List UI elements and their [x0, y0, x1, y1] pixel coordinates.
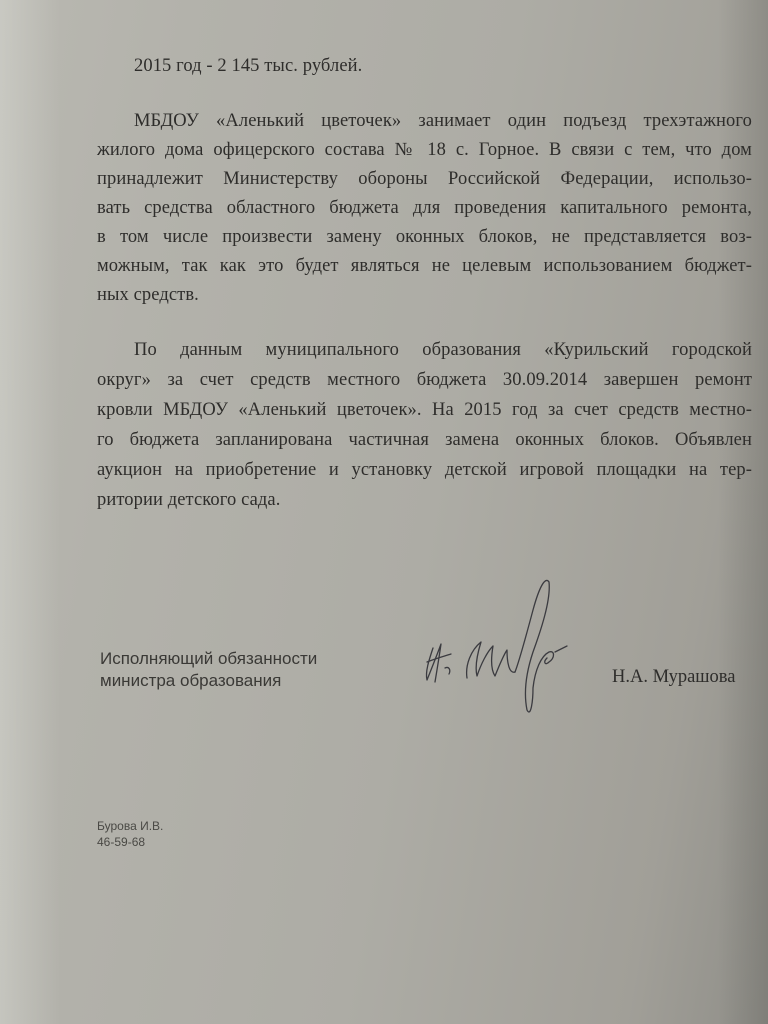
- paragraph-line: жилого дома офицерского состава № 18 с. …: [97, 139, 752, 161]
- handwritten-signature-icon: [415, 570, 575, 725]
- executor-name: Бурова И.В.: [97, 818, 163, 834]
- paragraph-line: принадлежит Министерству обороны Российс…: [97, 168, 752, 190]
- signer-title: Исполняющий обязанности министра образов…: [100, 648, 317, 692]
- paragraph-line: кровли МБДОУ «Аленький цветочек». На 201…: [97, 399, 752, 421]
- paragraph-line: вать средства областного бюджета для про…: [97, 197, 752, 219]
- paragraph-line: ритории детского сада.: [97, 489, 280, 511]
- paragraph-line: МБДОУ «Аленький цветочек» занимает один …: [134, 110, 752, 132]
- paragraph-line: в том числе произвести замену оконных бл…: [97, 226, 752, 248]
- paragraph-line: можным, так как это будет являться не це…: [97, 255, 752, 277]
- signer-name: Н.А. Мурашова: [612, 666, 736, 688]
- executor-phone: 46-59-68: [97, 834, 163, 850]
- signer-title-line1: Исполняющий обязанности: [100, 648, 317, 670]
- paragraph-line: По данным муниципального образования «Ку…: [134, 339, 752, 361]
- paragraph-line: ных средств.: [97, 284, 199, 306]
- text-line-budget-2015: 2015 год - 2 145 тыс. рублей.: [134, 55, 362, 77]
- signer-title-line2: министра образования: [100, 670, 317, 692]
- paper-sheen: [0, 0, 60, 1024]
- paragraph-line: го бюджета запланирована частичная замен…: [97, 429, 752, 451]
- executor-info: Бурова И.В. 46-59-68: [97, 818, 163, 850]
- paragraph-line: округ» за счет средств местного бюджета …: [97, 369, 752, 391]
- paragraph-line: аукцион на приобретение и установку детс…: [97, 459, 752, 481]
